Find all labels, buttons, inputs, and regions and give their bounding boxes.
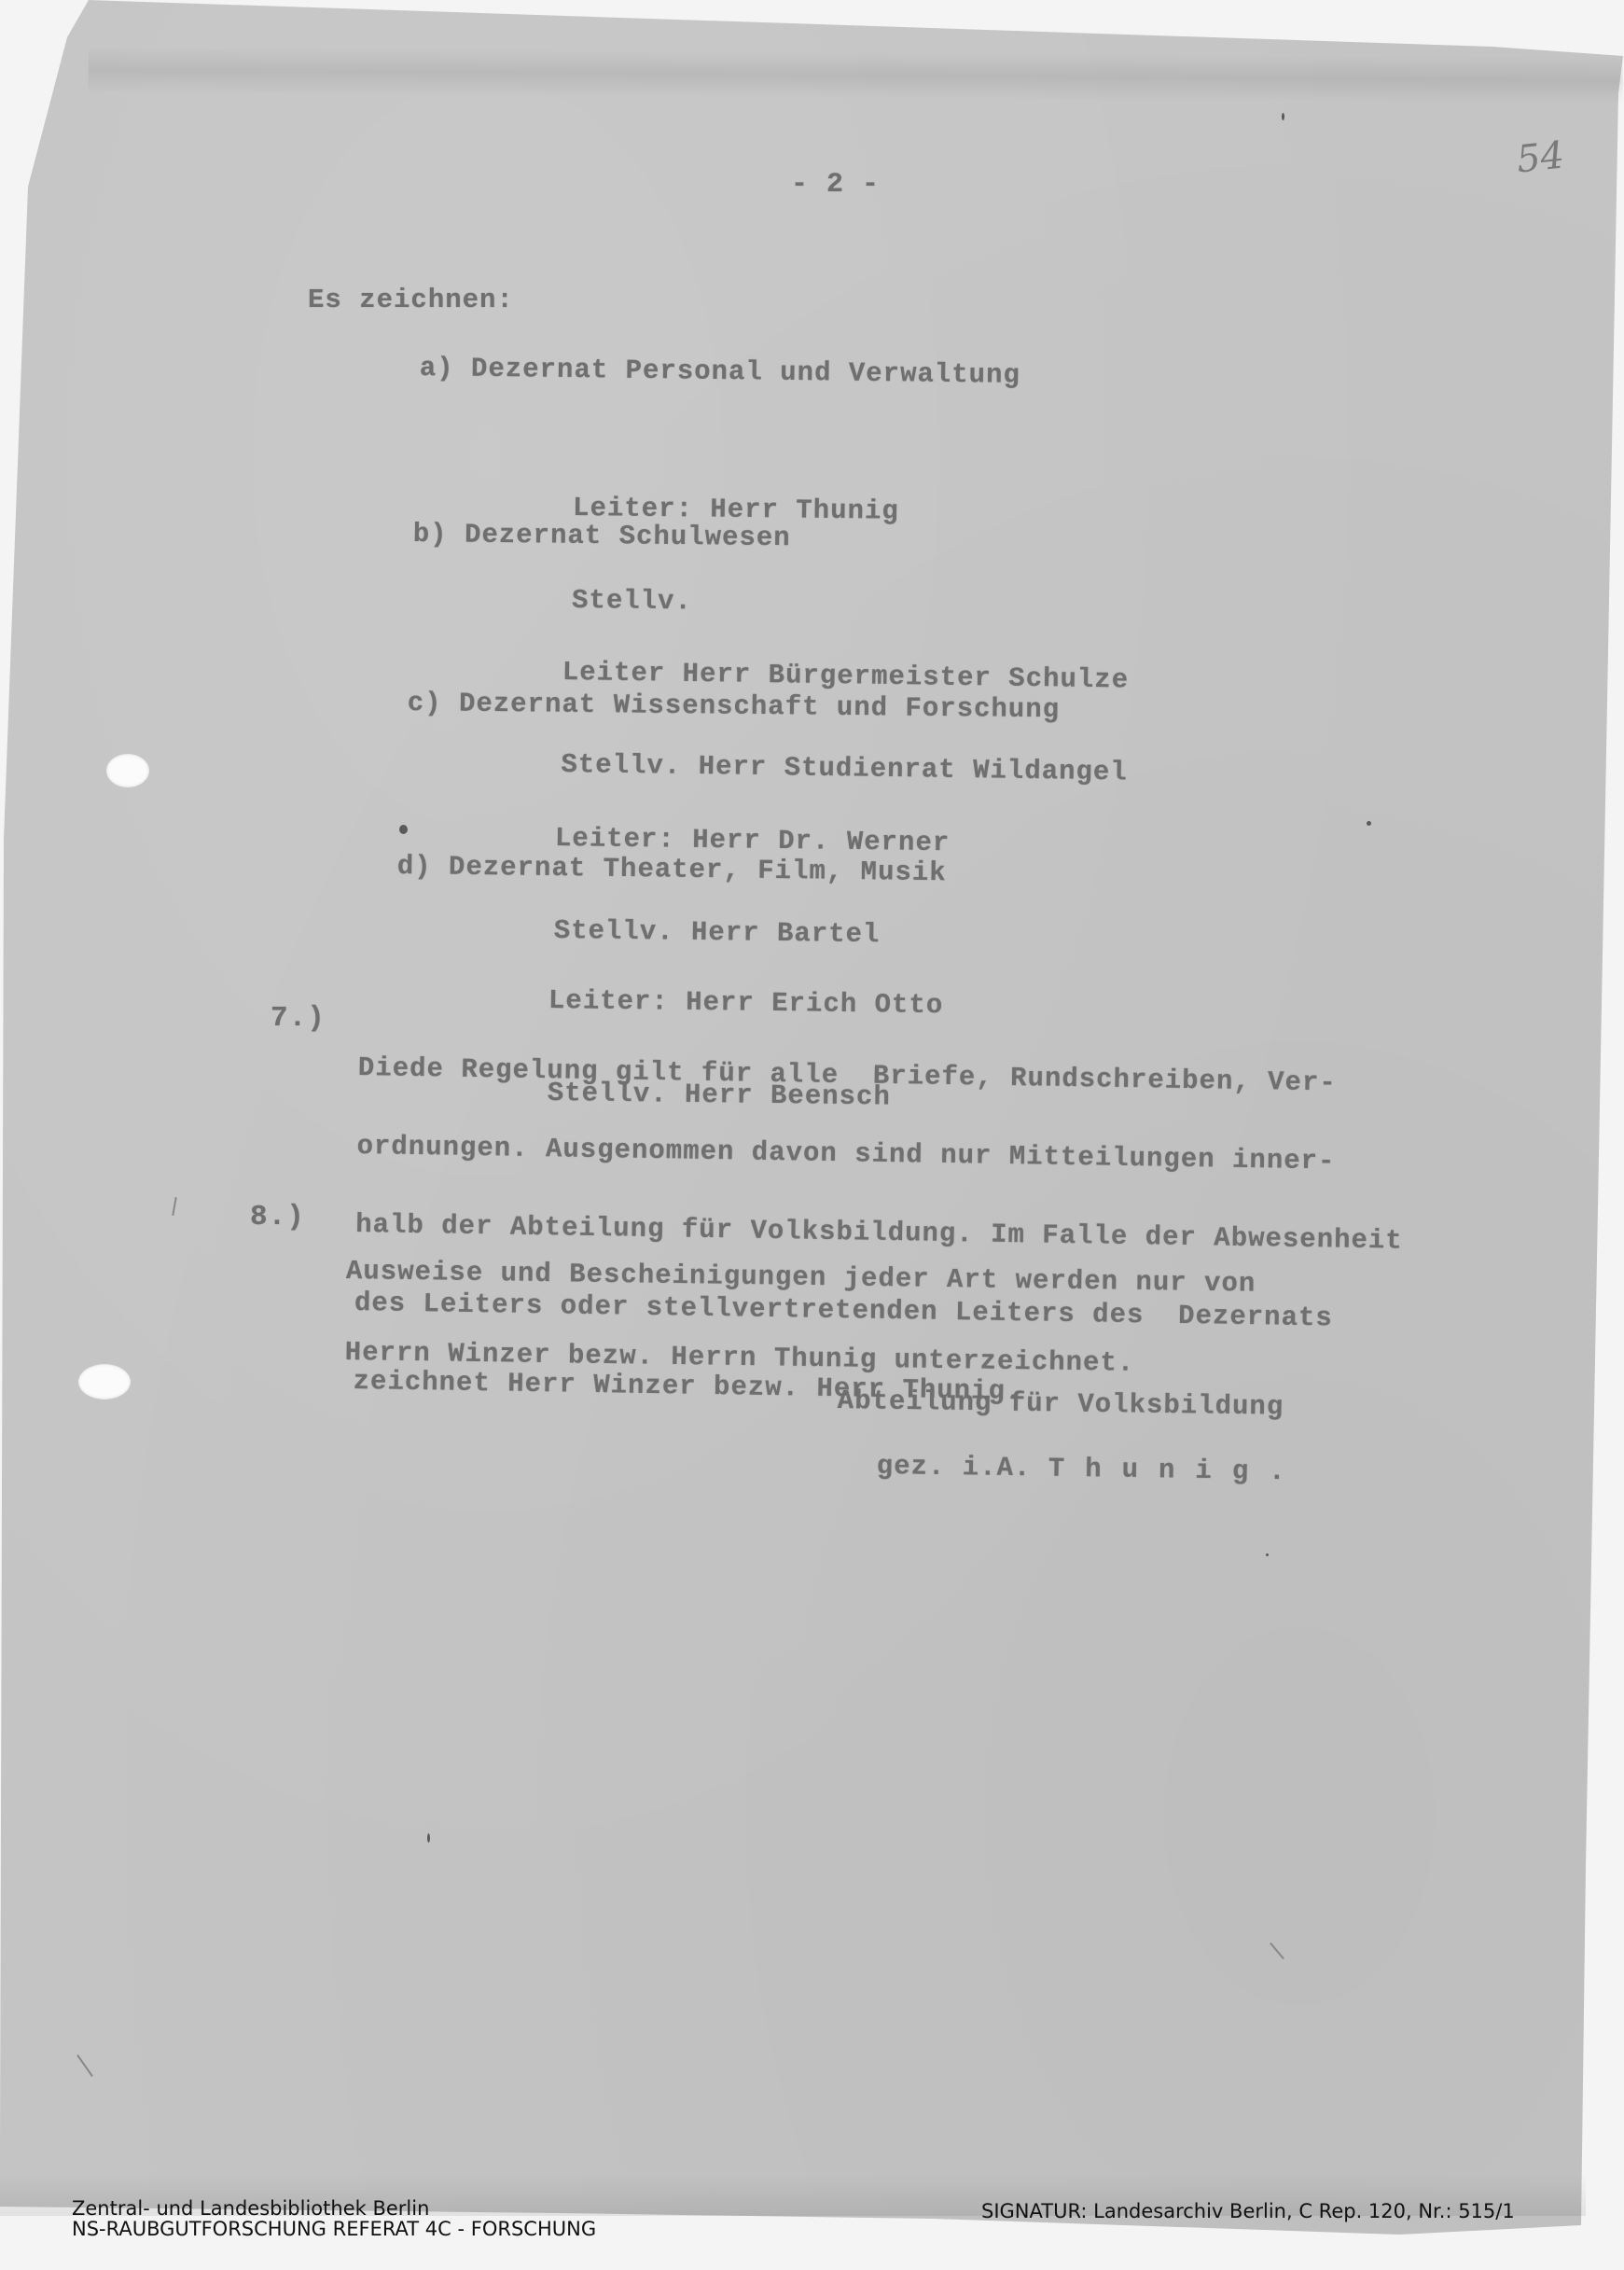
signature-organization: Abteilung für Volksbildung — [838, 1386, 1284, 1423]
signature-prefix: gez. i.A. — [877, 1451, 1032, 1483]
signature-name: Thunig. — [1048, 1454, 1306, 1488]
item-number-8: 8.) — [250, 1202, 305, 1232]
ink-speck — [1282, 113, 1284, 120]
paragraph-line: Herrn Winzer bezw. Herrn Thunig unterzei… — [345, 1339, 1256, 1379]
punch-hole-icon — [78, 1364, 131, 1400]
intro-heading: Es zeichnen: — [308, 285, 514, 315]
archive-footer-left: Zentral- und Landesbibliothek Berlin NS-… — [72, 2198, 596, 2239]
page-number: - 2 - — [791, 170, 880, 201]
ink-speck — [1266, 1553, 1269, 1556]
signature-line: gez. i.A. Thunig. — [877, 1451, 1306, 1487]
item-paragraph-8: Ausweise und Bescheinigungen jeder Art w… — [344, 1204, 1256, 1406]
paragraph-line: ordnungen. Ausgenommen davon sind nur Mi… — [356, 1134, 1404, 1177]
punch-hole-icon — [106, 754, 149, 787]
section-heading-b: b) Dezernat Schulwesen — [413, 519, 791, 553]
ink-speck — [399, 825, 408, 834]
paragraph-line: Ausweise und Bescheinigungen jeder Art w… — [346, 1258, 1256, 1298]
archive-signature-reference: SIGNATUR: Landesarchiv Berlin, C Rep. 12… — [981, 2201, 1515, 2221]
ink-speck — [427, 1833, 430, 1843]
paragraph-line: Diede Regelung gilt für alle Briefe, Run… — [358, 1055, 1406, 1098]
footer-department: NS-RAUBGUTFORSCHUNG REFERAT 4C - FORSCHU… — [72, 2219, 596, 2239]
handwritten-folio-number: 54 — [1515, 133, 1566, 181]
item-number-7: 7.) — [271, 1003, 326, 1034]
footer-library-name: Zentral- und Landesbibliothek Berlin — [72, 2198, 596, 2219]
ink-speck — [1367, 821, 1371, 826]
